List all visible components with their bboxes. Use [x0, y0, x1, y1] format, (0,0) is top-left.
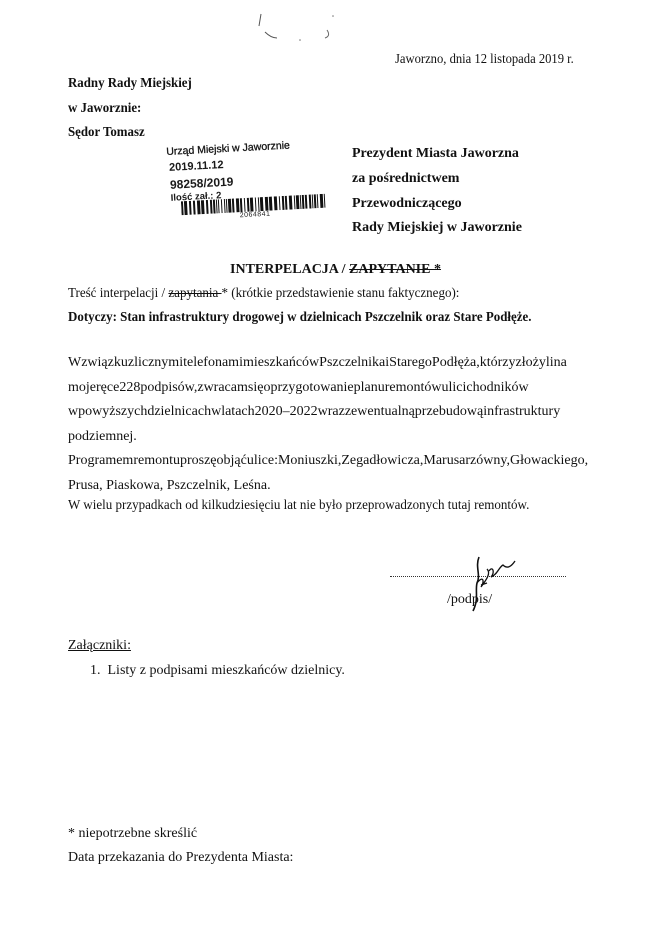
paragraph-1-line: podziemnej. — [68, 425, 588, 450]
paragraph-1-line: WzwiązkuzlicznymitelefonamimieszkańcówPs… — [68, 351, 588, 376]
sender-title: Radny Rady Miejskiej — [68, 76, 192, 92]
document-title: INTERPELACJA / ZAPYTANIE * — [0, 262, 671, 278]
paragraph-1-line: mojeręce228podpisów,zwracamsięoprzygotow… — [68, 376, 588, 401]
title-main: INTERPELACJA / — [230, 262, 349, 277]
signature-label: /podpis/ — [447, 592, 492, 608]
paragraph-2-line: Programemremontuproszęobjąćulice:Moniusz… — [68, 449, 588, 474]
stamp-date: 2019.11.12 — [169, 159, 224, 174]
content-label-suffix: * (krótkie przedstawienie stanu faktyczn… — [222, 286, 460, 301]
content-label: Treść interpelacji / zapytania * (krótki… — [68, 286, 459, 302]
barcode-number: 2064841 — [240, 211, 271, 220]
content-label-struck: zapytania — [168, 286, 221, 301]
stamp-office: Urząd Miejski w Jaworznie — [166, 140, 290, 158]
title-struck: ZAPYTANIE * — [349, 262, 441, 277]
paragraph-1-line: wpowyższychdzielnicachwlatach2020–2022wr… — [68, 400, 588, 425]
attachment-item: 1. Listy z podpisami mieszkańców dzielni… — [90, 663, 345, 679]
attachments-heading: Załączniki: — [68, 638, 131, 654]
handover-date-label: Data przekazania do Prezydenta Miasta: — [68, 850, 293, 866]
body-paragraph-1: WzwiązkuzlicznymitelefonamimieszkańcówPs… — [68, 351, 588, 449]
pen-marks-doodle — [255, 10, 345, 50]
footnote-asterisk: * niepotrzebne skreślić — [68, 826, 197, 842]
content-label-prefix: Treść interpelacji / — [68, 286, 168, 301]
stamp-number: 98258/2019 — [170, 175, 234, 192]
body-paragraph-2: Programemremontuproszęobjąćulice:Moniusz… — [68, 449, 588, 498]
recipient-line-4: Rady Miejskiej w Jaworznie — [352, 220, 522, 236]
recipient-line-2: za pośrednictwem — [352, 171, 459, 187]
sender-name: Sędor Tomasz — [68, 125, 145, 141]
place-and-date: Jaworzno, dnia 12 listopada 2019 r. — [395, 52, 574, 68]
body-paragraph-3: W wielu przypadkach od kilkudziesięciu l… — [68, 498, 529, 514]
subject-line: Dotyczy: Stan infrastruktury drogowej w … — [68, 310, 531, 326]
sender-city: w Jaworznie: — [68, 101, 141, 117]
recipient-line-1: Prezydent Miasta Jaworzna — [352, 146, 519, 162]
paragraph-2-line: Prusa, Piaskowa, Pszczelnik, Leśna. — [68, 474, 588, 499]
recipient-line-3: Przewodniczącego — [352, 196, 462, 212]
